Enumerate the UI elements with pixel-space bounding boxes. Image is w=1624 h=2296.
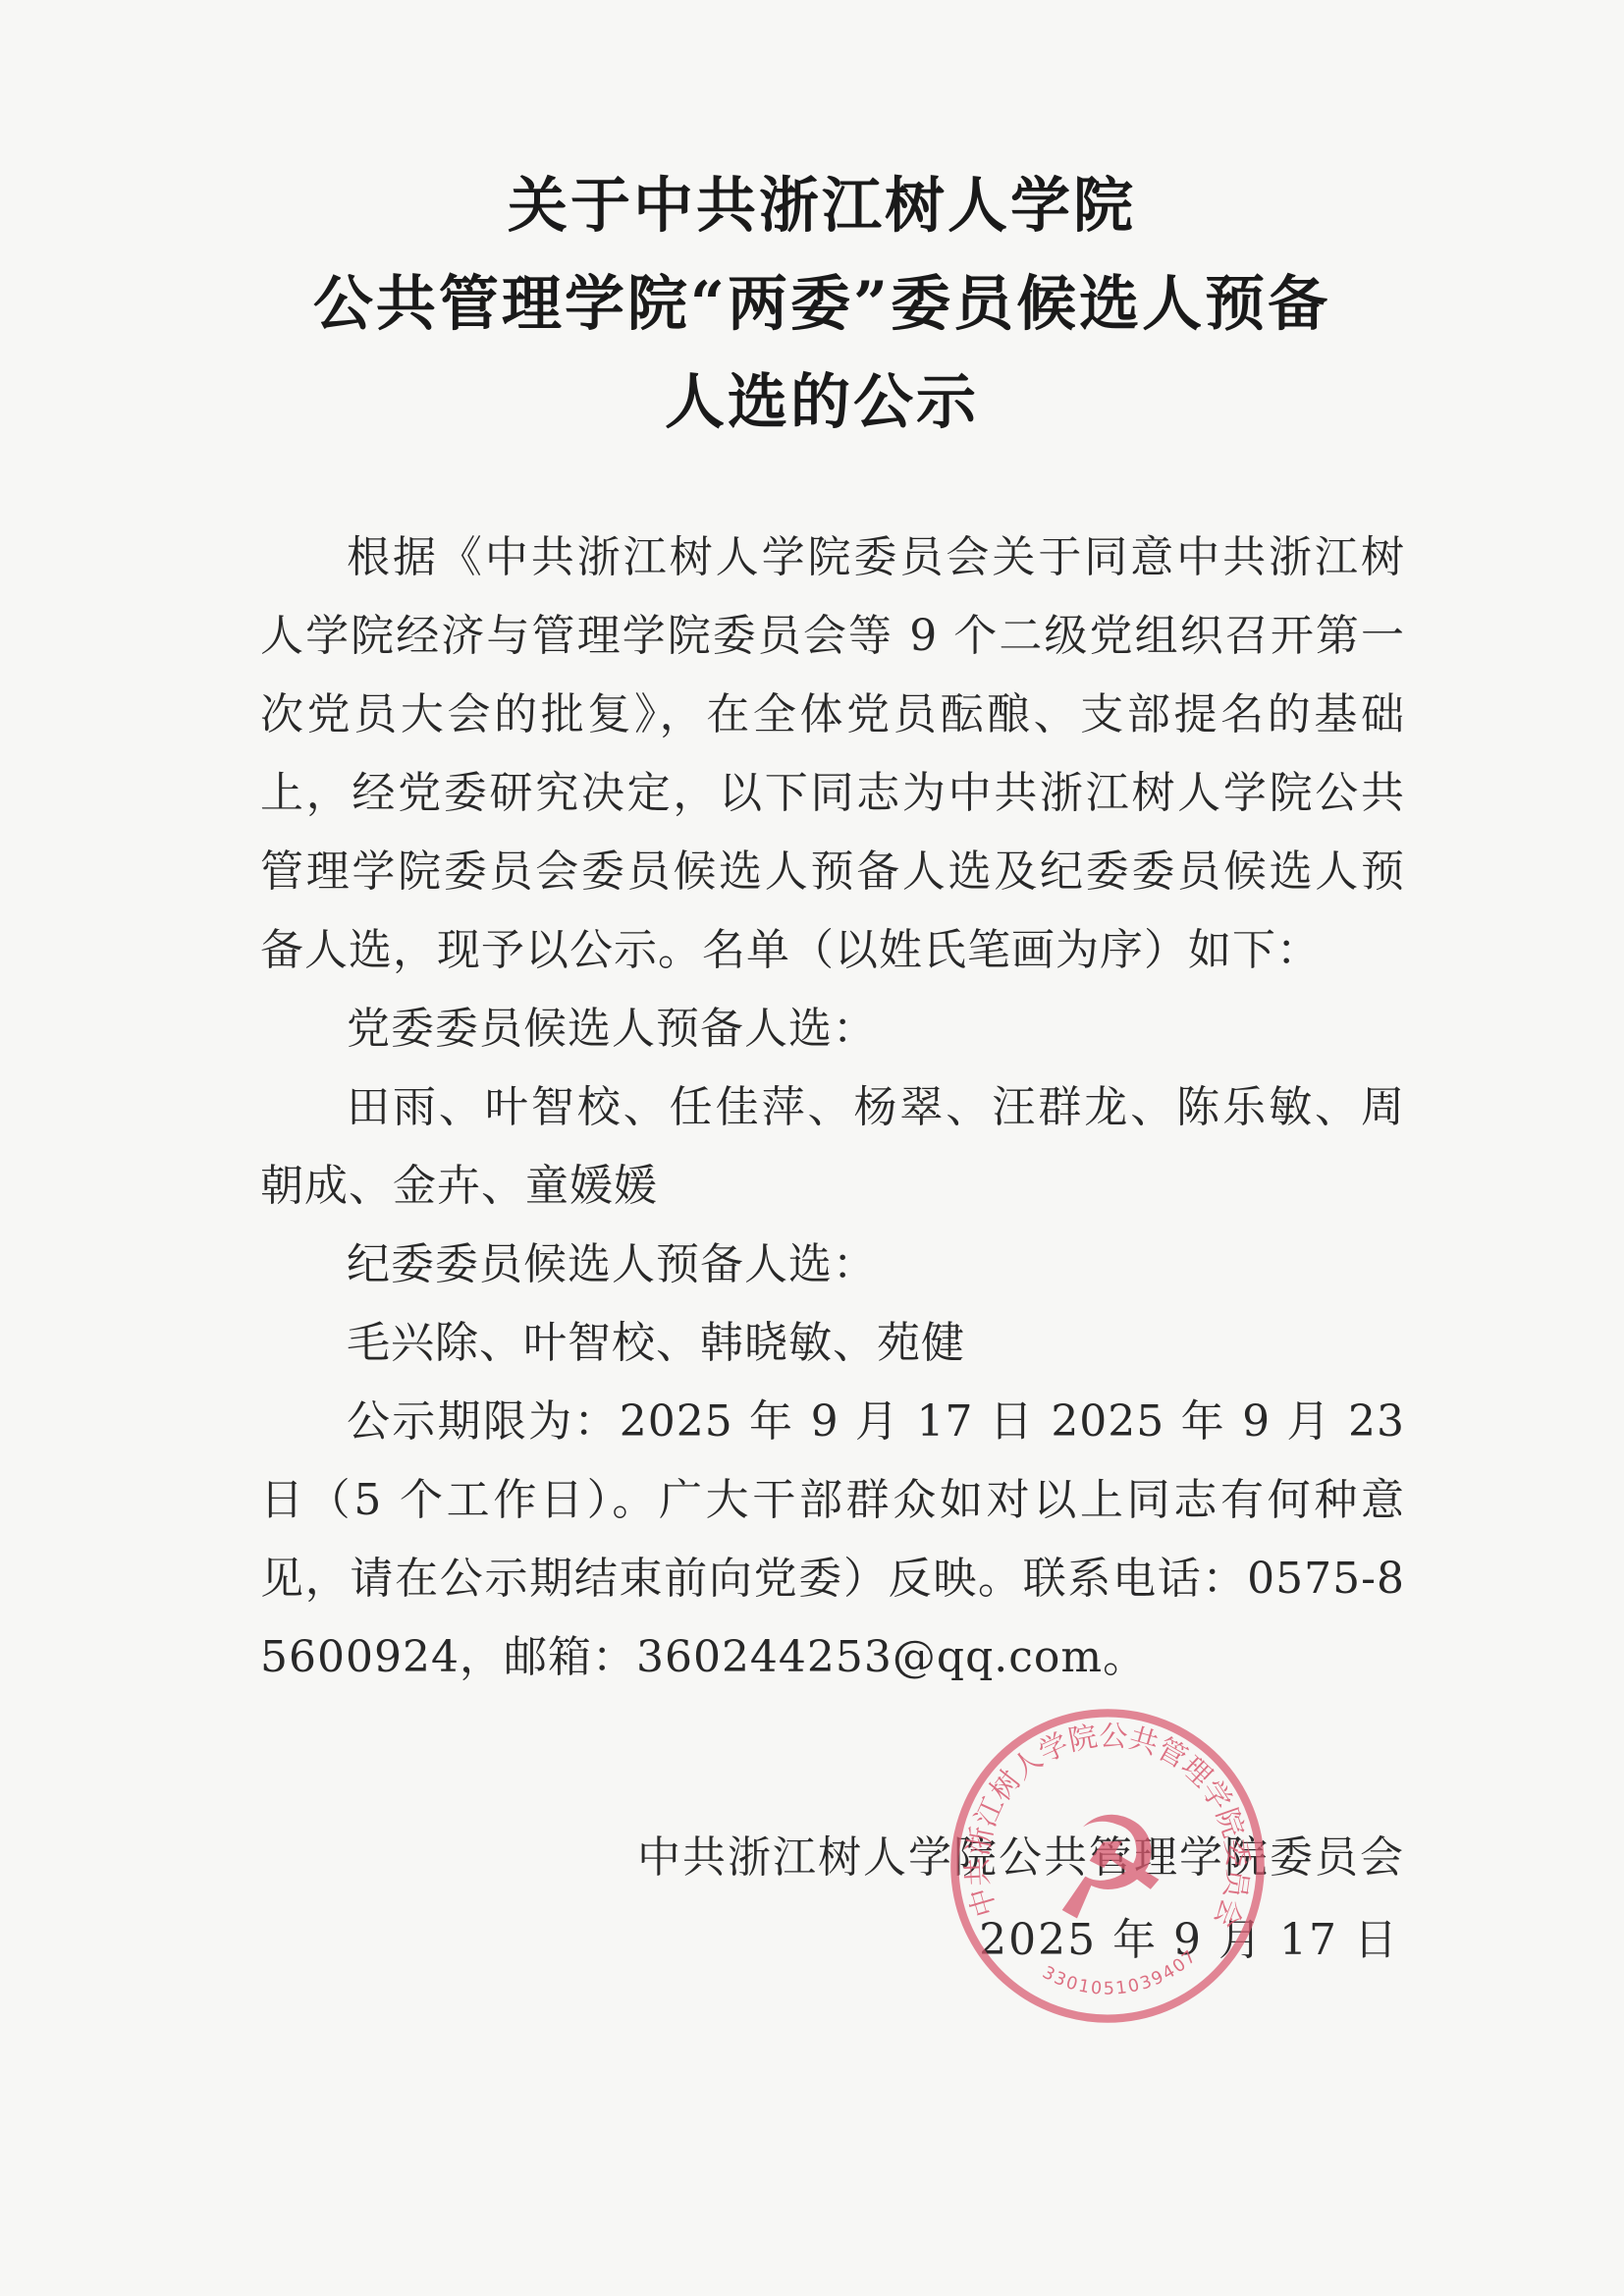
document-body: 根据《中共浙江树人学院委员会关于同意中共浙江树人学院经济与管理学院委员会等 9 … — [260, 519, 1405, 1697]
paragraph-publicity-period: 公示期限为：2025 年 9 月 17 日 2025 年 9 月 23 日（5 … — [260, 1383, 1405, 1697]
paragraph-party-committee-heading: 党委委员候选人预备人选： — [260, 990, 1405, 1068]
title-line-3: 人选的公示 — [240, 354, 1404, 452]
paragraph-discipline-committee-candidates: 毛兴除、叶智校、韩晓敏、苑健 — [260, 1304, 1405, 1383]
title-line-2: 公共管理学院“两委”委员候选人预备 — [240, 255, 1404, 354]
signature-org: 中共浙江树人学院公共管理学院委员会 — [260, 1829, 1405, 1887]
paragraph-basis: 根据《中共浙江树人学院委员会关于同意中共浙江树人学院经济与管理学院委员会等 9 … — [260, 519, 1405, 990]
document-title: 关于中共浙江树人学院 公共管理学院“两委”委员候选人预备 人选的公示 — [240, 157, 1404, 452]
signature-date: 2025 年 9 月 17 日 — [260, 1911, 1399, 1970]
paragraph-party-committee-candidates: 田雨、叶智校、任佳萍、杨翠、汪群龙、陈乐敏、周朝成、金卉、童媛媛 — [260, 1068, 1405, 1226]
title-line-1: 关于中共浙江树人学院 — [240, 157, 1404, 255]
paragraph-discipline-committee-heading: 纪委委员候选人预备人选： — [260, 1226, 1405, 1304]
document-page: 关于中共浙江树人学院 公共管理学院“两委”委员候选人预备 人选的公示 根据《中共… — [0, 0, 1624, 2296]
